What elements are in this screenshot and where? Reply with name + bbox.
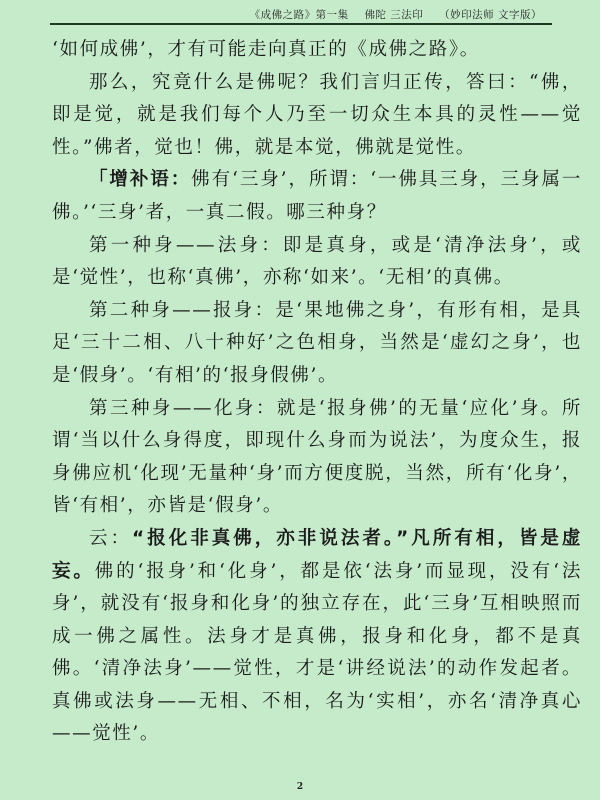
paragraph-1: ‘如何成佛’，才有可能走向真正的《成佛之路》。 <box>52 34 582 67</box>
header-book-title: 《成佛之路》第一集 <box>250 9 349 21</box>
paragraph-5: 第二种身——报身：是‘果地佛之身’，有形有相，是具足‘三十二相、八十种好’之色相… <box>52 295 582 393</box>
supplement-label: 「增补语： <box>89 169 191 190</box>
running-header: 《成佛之路》第一集 佛陀 三法印 （妙印法师 文字版） <box>50 7 552 25</box>
paragraph-7-text: 佛的‘报身’和‘化身’，都是依‘法身’而显现，没有‘法身’，就没有‘报身和化身’… <box>52 561 582 745</box>
paragraph-2: 那么，究竟什么是佛呢？我们言归正传，答曰：“佛，即是觉，就是我们每个人乃至一切众… <box>52 67 582 165</box>
paragraph-6: 第三种身——化身：就是‘报身佛’的无量‘应化’身。所谓‘当以什么身得度，即现什么… <box>52 393 582 523</box>
page-number: 2 <box>0 782 600 792</box>
paragraph-7: 云：“报化非真佛，亦非说法者。”凡所有相，皆是虚妄。佛的‘报身’和‘化身’，都是… <box>52 523 582 751</box>
document-body: ‘如何成佛’，才有可能走向真正的《成佛之路》。 那么，究竟什么是佛呢？我们言归正… <box>52 34 582 751</box>
header-chapter: 佛陀 三法印 <box>364 9 423 21</box>
quote-prefix: 云： <box>89 528 132 549</box>
header-edition: （妙印法师 文字版） <box>439 9 542 21</box>
paragraph-4: 第一种身——法身：即是真身，或是‘清净法身’，或是‘觉性’，也称‘真佛’，亦称‘… <box>52 230 582 295</box>
paragraph-3: 「增补语：佛有‘三身’，所谓：‘一佛具三身，三身属一佛。’‘三身’者，一真二假。… <box>52 164 582 229</box>
